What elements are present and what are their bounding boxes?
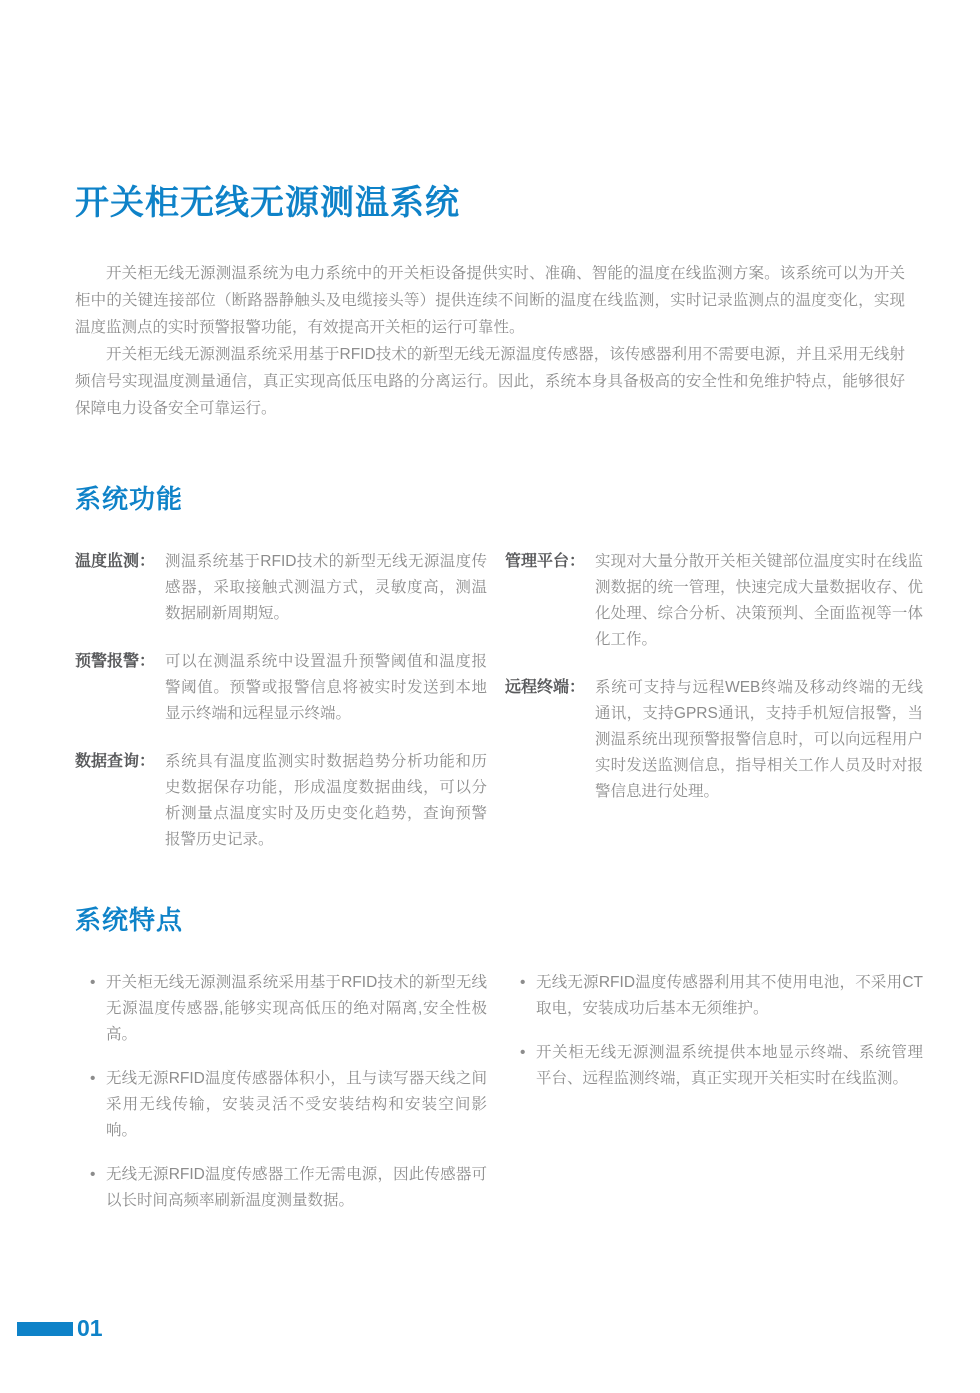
intro-section: 开关柜无线无源测温系统为电力系统中的开关柜设备提供实时、准确、智能的温度在线监测… [75, 260, 905, 422]
feature-text: 开关柜无线无源测温系统提供本地显示终端、系统管理平台、远程监测终端，真正实现开关… [536, 1040, 923, 1092]
feature-text: 无线无源RFID温度传感器体积小，且与读写器天线之间采用无线传输，安装灵活不受安… [106, 1066, 487, 1144]
function-label: 远程终端： [505, 675, 595, 805]
function-text: 可以在测温系统中设置温升预警阈值和温度报警阈值。预警或报警信息将被实时发送到本地… [165, 649, 487, 727]
bullet-icon: • [90, 1162, 106, 1214]
feature-text: 开关柜无线无源测温系统采用基于RFID技术的新型无线无源温度传感器,能够实现高低… [106, 970, 487, 1048]
page-number: 01 [77, 1317, 103, 1340]
function-label: 数据查询： [75, 749, 165, 853]
feature-item: • 无线无源RFID温度传感器利用其不使用电池，不采用CT取电，安装成功后基本无… [520, 970, 923, 1022]
page-footer: 01 [17, 1317, 103, 1340]
functions-column-right: 管理平台： 实现对大量分散开关柜关键部位温度实时在线监测数据的统一管理，快速完成… [505, 549, 923, 875]
intro-paragraph-2: 开关柜无线无源测温系统采用基于RFID技术的新型无线无源温度传感器，该传感器利用… [75, 341, 905, 422]
intro-paragraph-1: 开关柜无线无源测温系统为电力系统中的开关柜设备提供实时、准确、智能的温度在线监测… [75, 260, 905, 341]
feature-item: • 开关柜无线无源测温系统提供本地显示终端、系统管理平台、远程监测终端，真正实现… [520, 1040, 923, 1092]
section-heading-features: 系统特点 [75, 905, 905, 936]
functions-columns: 温度监测： 测温系统基于RFID技术的新型无线无源温度传感器，采取接触式测温方式… [75, 549, 905, 875]
bullet-icon: • [90, 970, 106, 1048]
features-column-left: • 开关柜无线无源测温系统采用基于RFID技术的新型无线无源温度传感器,能够实现… [75, 970, 487, 1232]
document-page: 开关柜无线无源测温系统 开关柜无线无源测温系统为电力系统中的开关柜设备提供实时、… [0, 0, 980, 1393]
functions-column-left: 温度监测： 测温系统基于RFID技术的新型无线无源温度传感器，采取接触式测温方式… [75, 549, 487, 875]
bullet-icon: • [520, 1040, 536, 1092]
function-item-warning-alarm: 预警报警： 可以在测温系统中设置温升预警阈值和温度报警阈值。预警或报警信息将被实… [75, 649, 487, 727]
bullet-icon: • [520, 970, 536, 1022]
function-item-management-platform: 管理平台： 实现对大量分散开关柜关键部位温度实时在线监测数据的统一管理，快速完成… [505, 549, 923, 653]
function-text: 实现对大量分散开关柜关键部位温度实时在线监测数据的统一管理，快速完成大量数据收存… [595, 549, 923, 653]
bullet-icon: • [90, 1066, 106, 1144]
function-text: 系统具有温度监测实时数据趋势分析功能和历史数据保存功能，形成温度数据曲线，可以分… [165, 749, 487, 853]
function-label: 温度监测： [75, 549, 165, 627]
feature-text: 无线无源RFID温度传感器利用其不使用电池，不采用CT取电，安装成功后基本无须维… [536, 970, 923, 1022]
feature-text: 无线无源RFID温度传感器工作无需电源，因此传感器可以长时间高频率刷新温度测量数… [106, 1162, 487, 1214]
page-title: 开关柜无线无源测温系统 [75, 183, 905, 224]
function-item-data-query: 数据查询： 系统具有温度监测实时数据趋势分析功能和历史数据保存功能，形成温度数据… [75, 749, 487, 853]
features-column-right: • 无线无源RFID温度传感器利用其不使用电池，不采用CT取电，安装成功后基本无… [505, 970, 923, 1232]
function-text: 测温系统基于RFID技术的新型无线无源温度传感器，采取接触式测温方式，灵敏度高，… [165, 549, 487, 627]
feature-item: • 无线无源RFID温度传感器工作无需电源，因此传感器可以长时间高频率刷新温度测… [90, 1162, 487, 1214]
feature-item: • 无线无源RFID温度传感器体积小，且与读写器天线之间采用无线传输，安装灵活不… [90, 1066, 487, 1144]
section-heading-functions: 系统功能 [75, 484, 905, 515]
feature-item: • 开关柜无线无源测温系统采用基于RFID技术的新型无线无源温度传感器,能够实现… [90, 970, 487, 1048]
function-label: 预警报警： [75, 649, 165, 727]
features-columns: • 开关柜无线无源测温系统采用基于RFID技术的新型无线无源温度传感器,能够实现… [75, 970, 905, 1232]
footer-accent-bar [17, 1322, 73, 1336]
function-text: 系统可支持与远程WEB终端及移动终端的无线通讯，支持GPRS通讯，支持手机短信报… [595, 675, 923, 805]
function-label: 管理平台： [505, 549, 595, 653]
function-item-temperature-monitoring: 温度监测： 测温系统基于RFID技术的新型无线无源温度传感器，采取接触式测温方式… [75, 549, 487, 627]
function-item-remote-terminal: 远程终端： 系统可支持与远程WEB终端及移动终端的无线通讯，支持GPRS通讯，支… [505, 675, 923, 805]
